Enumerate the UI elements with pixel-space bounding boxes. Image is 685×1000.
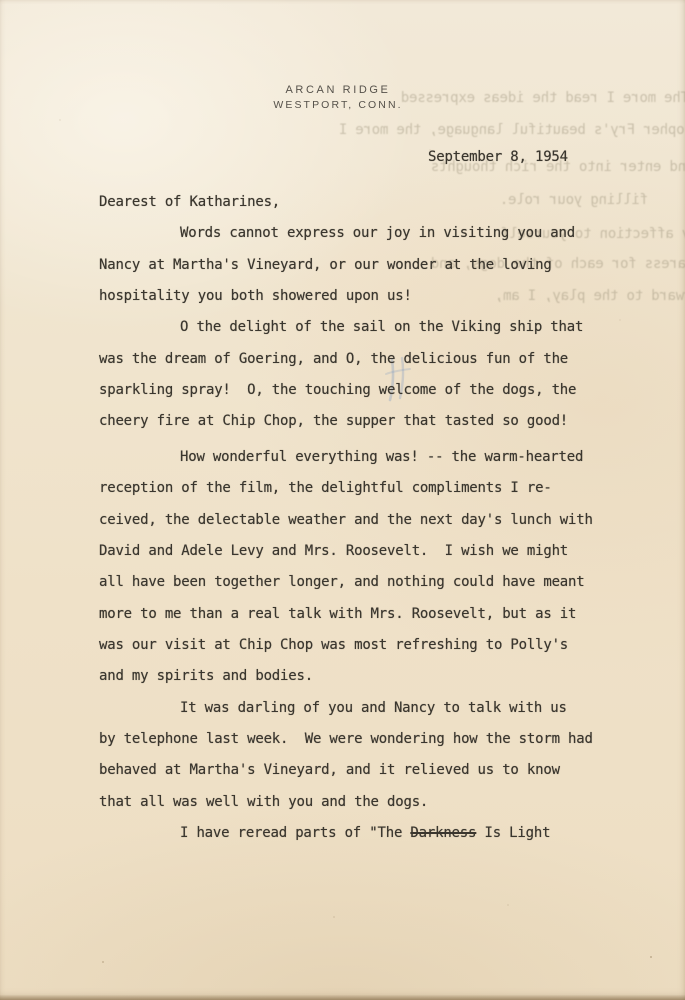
bleedthrough-line: though." The more I read the ideas expre…	[401, 90, 685, 106]
letter-line: that all was well with you and the dogs.	[99, 793, 428, 811]
letter-line: ceived, the delectable weather and the n…	[99, 511, 593, 529]
letter-line: Nancy at Martha's Vineyard, or our wonde…	[99, 256, 552, 274]
letter-page: though." The more I read the ideas expre…	[0, 0, 685, 1000]
letter-line: I have reread parts of "The Darkness Is …	[99, 824, 550, 842]
letter-line: David and Adele Levy and Mrs. Roosevelt.…	[99, 542, 568, 560]
letter-line: O the delight of the sail on the Viking …	[99, 318, 583, 336]
letter-line: It was darling of you and Nancy to talk …	[99, 699, 567, 717]
paper-bottom-edge	[0, 995, 685, 1000]
letter-line: sparkling spray! O, the touching welcome…	[99, 381, 576, 399]
letter-line: hospitality you both showered upon us!	[99, 287, 412, 305]
letter-line: How wonderful everything was! -- the war…	[99, 448, 583, 466]
letter-line: was our visit at Chip Chop was most refr…	[99, 636, 568, 654]
letter-line: more to me than a real talk with Mrs. Ro…	[99, 605, 576, 623]
letter-line: behaved at Martha's Vineyard, and it rel…	[99, 761, 560, 779]
strikethrough-word: Darkness	[410, 825, 476, 841]
letter-line: all have been together longer, and nothi…	[99, 573, 585, 591]
bleedthrough-line: in Christopher Fry's beautiful language,…	[339, 122, 685, 138]
line-text: I have reread parts of "The	[180, 825, 410, 841]
letterhead-line2: WESTPORT, CONN.	[273, 98, 402, 113]
letter-line: and my spirits and bodies.	[99, 667, 313, 685]
letter-body: Dearest of Katharines,Words cannot expre…	[99, 193, 659, 873]
letter-line: Words cannot express our joy in visiting…	[99, 224, 575, 242]
letterhead-line1: ARCAN RIDGE	[273, 83, 402, 98]
letter-line: was the dream of Goering, and O, the del…	[99, 350, 568, 368]
letter-line: reception of the film, the delightful co…	[99, 479, 552, 497]
line-text: Is Light	[476, 825, 550, 841]
letterhead: ARCAN RIDGE WESTPORT, CONN.	[273, 83, 402, 113]
date-line: September 8, 1954	[428, 149, 568, 165]
salutation-line: Dearest of Katharines,	[99, 193, 280, 211]
letter-line: by telephone last week. We were wonderin…	[99, 730, 593, 748]
letter-line: cheery fire at Chip Chop, the supper tha…	[99, 412, 568, 430]
